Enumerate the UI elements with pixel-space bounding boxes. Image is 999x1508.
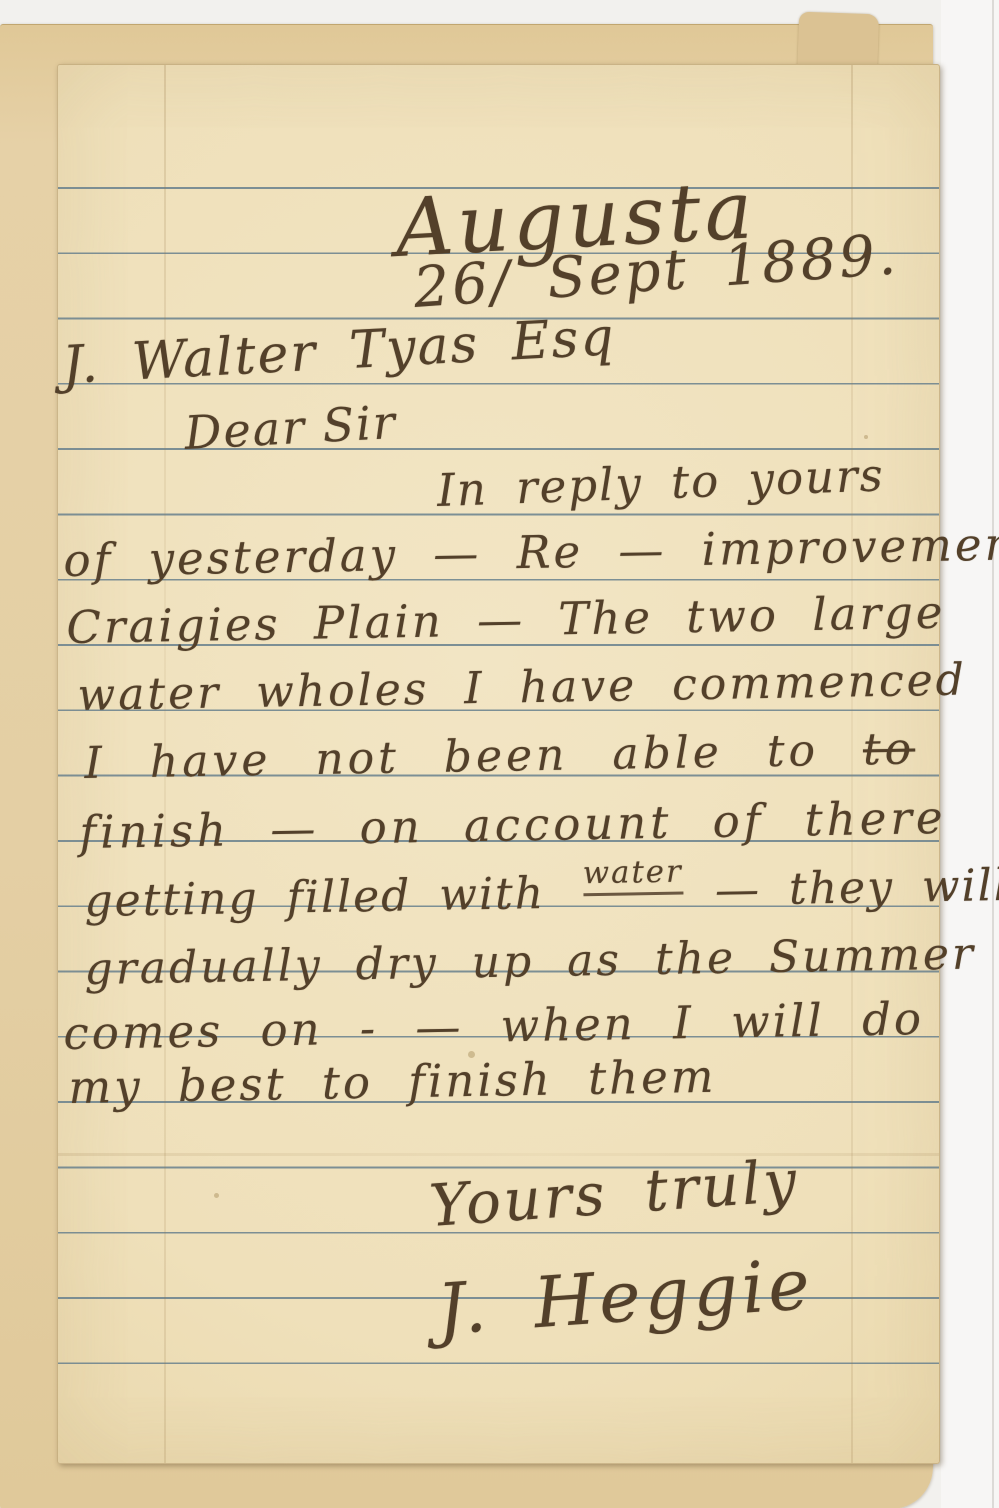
ink-speck [214, 1193, 219, 1198]
body-line-7-text: getting filled with [84, 868, 545, 927]
fold-crease-horizontal [58, 1153, 939, 1156]
body-line-7-tail: — they will [715, 860, 999, 916]
body-line-10: my best to finish them [68, 1051, 717, 1114]
inserted-word: water [582, 855, 683, 897]
salutation-line: Dear Sir [183, 396, 398, 460]
paper-speck [864, 435, 868, 439]
scanner-edge-line [992, 0, 994, 1508]
struck-word: to [863, 724, 916, 776]
letter-page: Augusta 26/ Sept 1889. J. Walter Tyas Es… [57, 64, 940, 1464]
letter-scan: Augusta 26/ Sept 1889. J. Walter Tyas Es… [0, 0, 999, 1508]
scanner-white-band [941, 0, 999, 1508]
